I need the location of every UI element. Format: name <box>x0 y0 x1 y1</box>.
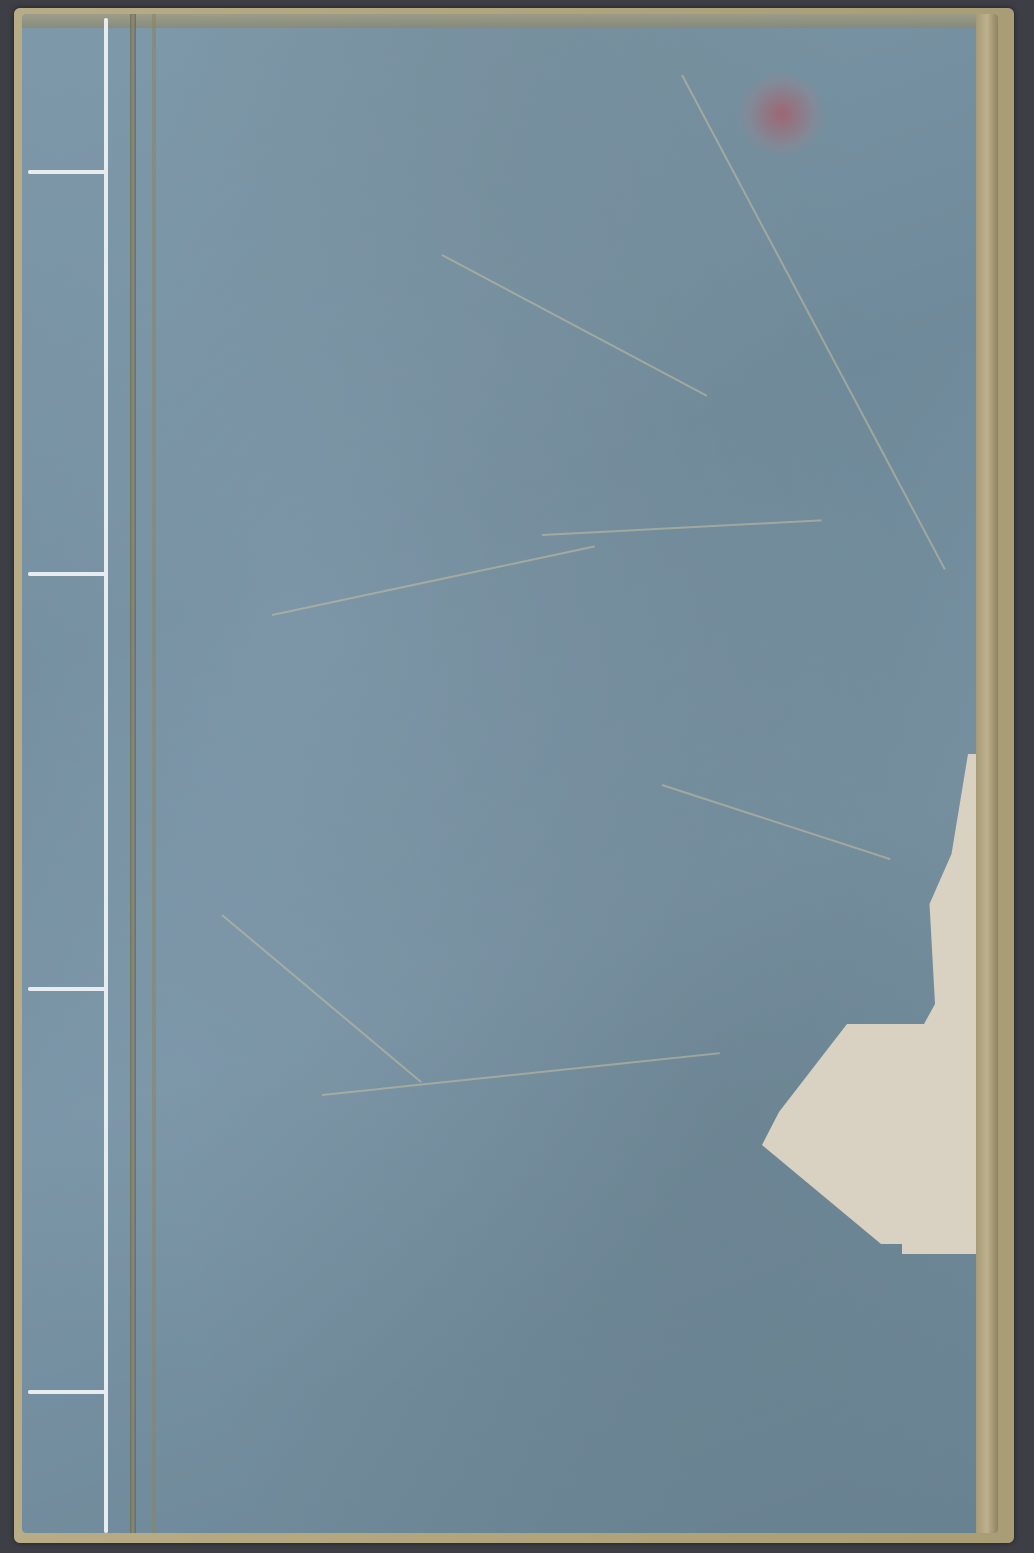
book-cover <box>22 14 998 1533</box>
binding-stitch <box>28 1390 108 1394</box>
crack <box>662 784 891 860</box>
binding-thread <box>104 18 108 1533</box>
cover-right-edge <box>976 14 998 1533</box>
book <box>14 8 1014 1543</box>
red-stain <box>737 74 827 154</box>
binding-stitch <box>28 572 108 576</box>
crack <box>322 1052 720 1096</box>
crack <box>221 914 421 1083</box>
crack <box>542 519 822 536</box>
cover-top-edge <box>22 14 998 28</box>
binding-stitch <box>28 987 108 991</box>
spine-fold-secondary <box>152 14 156 1533</box>
crack <box>681 75 946 570</box>
spine-fold <box>130 14 136 1533</box>
crack <box>442 254 708 397</box>
binding-stitch <box>28 170 108 174</box>
torn-area-lower <box>762 1024 932 1244</box>
crack <box>272 545 595 616</box>
